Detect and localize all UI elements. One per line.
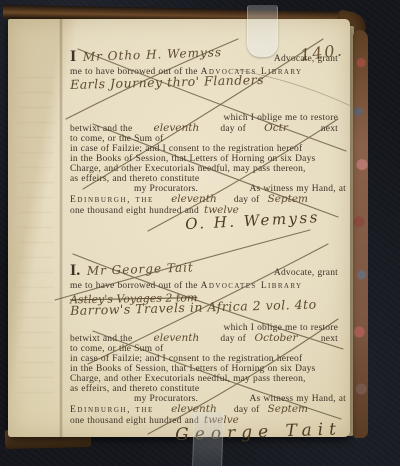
restore-month-handwritten: Octr [246,123,306,133]
printed-betwixt: betwixt and the [70,124,132,134]
printed-failzie: in case of Failzie; and I consent to the… [70,354,346,364]
form1-restore-date-line: betwixt and the eleventh day of Octr nex… [70,123,346,134]
transparent-tab-top [247,5,278,57]
form2-opening-line: I. Mr George Tait Advocate, grant [70,266,346,281]
printed-advocates-library: Advocates Library [201,281,303,291]
book-title-handwritten: Barrow's Travels in Africa 2 vol. 4to [70,299,346,316]
printed-next: next [321,334,338,344]
printed-oblige-restore: which I oblige me to restore [70,113,346,123]
register-page: 140. I Mr Otho H. Wemyss Advocate, grant… [8,19,350,437]
printed-thousand: one thousand eight hundred and [70,206,199,216]
book-title-handwritten: Earls Journey thro' Flanders [70,73,346,90]
printed-oblige-restore: which I oblige me to restore [70,323,346,333]
ink-show-through [18,77,54,407]
printed-charge: Charge, and other Executorials needful, … [70,164,346,174]
printed-sum-of: to come, or the Sum of [70,344,346,354]
printed-advocate-grant: Advocate, grant [274,268,338,278]
printed-failzie: in case of Failzie; and I consent to the… [70,144,346,154]
borrower-name-handwritten: Mr George Tait [87,259,274,276]
signing-month-handwritten: Septem [260,194,316,204]
printed-next: next [321,124,338,134]
transparent-strip-bottom [192,411,224,466]
form1-opening-line: I Mr Otho H. Wemyss Advocate, grant [70,52,346,67]
printed-initial: I [70,52,76,62]
printed-initial: I. [70,266,80,276]
printed-effeirs: as effeirs, and thereto constitute [70,174,346,184]
printed-edinburgh: Edinburgh, the [70,405,154,415]
photo-background: 140. I Mr Otho H. Wemyss Advocate, grant… [0,0,400,466]
printed-day-of: day of [220,124,246,134]
form2-restore-date-line: betwixt and the eleventh day of October … [70,333,346,344]
printed-books-of-session: in the Books of Session, that Letters of… [70,364,346,374]
printed-advocate-grant: Advocate, grant [274,54,338,64]
printed-books-of-session: in the Books of Session, that Letters of… [70,154,346,164]
printed-sum-of: to come, or the Sum of [70,134,346,144]
restore-day-handwritten: eleventh [132,333,220,343]
printed-charge: Charge, and other Executorials needful, … [70,374,346,384]
printed-betwixt: betwixt and the [70,334,132,344]
restore-month-handwritten: October [246,333,306,343]
borrower-name-handwritten: Mr Otho H. Wemyss [83,45,274,62]
marbled-board-edge [353,30,368,438]
form2-borrowed-line: me to have borrowed out of the Advocates… [70,281,346,291]
printed-day-of: day of [220,334,246,344]
signing-month-handwritten: Septem [260,404,316,414]
printed-borrowed-prefix: me to have borrowed out of the [70,281,198,291]
loan-form-1: I Mr Otho H. Wemyss Advocate, grant me t… [70,52,346,228]
printed-edinburgh: Edinburgh, the [70,195,154,205]
printed-effeirs: as effeirs, and thereto constitute [70,384,346,394]
signing-day-handwritten: eleventh [154,194,234,204]
restore-day-handwritten: eleventh [132,123,220,133]
gutter-fold-line [59,19,63,437]
